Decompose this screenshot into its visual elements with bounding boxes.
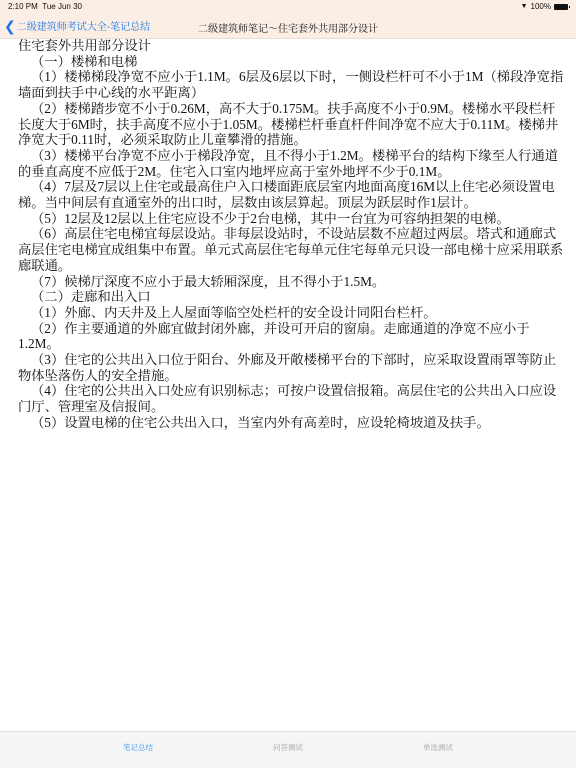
status-right: ▼ 100% xyxy=(521,2,568,11)
navigation-bar: ❮ 二级建筑师考试大全-笔记总结 二级建筑师笔记～住宅套外共用部分设计 xyxy=(0,18,576,36)
note-paragraph: （4）7层及7层以上住宅或最高住户入口楼面距底层室内地面高度16M以上住宅必须设… xyxy=(18,179,568,210)
time-text: 2:10 PM xyxy=(8,2,38,11)
note-paragraph: （1）外廊、内天井及上人屋面等临空处栏杆的安全设计同阳台栏杆。 xyxy=(18,305,568,321)
battery-percent: 100% xyxy=(531,2,551,11)
tab-notes[interactable]: 笔记总结 xyxy=(123,742,153,753)
note-heading: 住宅套外共用部分设计 xyxy=(18,38,568,54)
note-paragraph: （3）楼梯平台净宽不应小于梯段净宽，且不得小于1.2M。楼梯平台的结构下缘至人行… xyxy=(18,148,568,179)
page-title: 二级建筑师笔记～住宅套外共用部分设计 xyxy=(0,20,576,35)
note-paragraph: （1）楼梯梯段净宽不应小于1.1M。6层及6层以下时，一侧设栏杆可不小于1M（梯… xyxy=(18,69,568,100)
battery-icon xyxy=(554,4,568,10)
section-heading: （一）楼梯和电梯 xyxy=(18,54,568,70)
note-paragraph: （3）住宅的公共出入口位于阳台、外廊及开敞楼梯平台的下部时，应采取设置雨罩等防止… xyxy=(18,352,568,383)
tab-bar: 笔记总结 问答测试 单选测试 xyxy=(0,731,576,768)
note-paragraph: （5）12层及12层以上住宅应设不少于2台电梯，其中一台宜为可容纳担架的电梯。 xyxy=(18,211,568,227)
note-paragraph: （4）住宅的公共出入口处应有识别标志；可按户设置信报箱。高层住宅的公共出入口应设… xyxy=(18,383,568,414)
note-paragraph: （5）设置电梯的住宅公共出入口，当室内外有高差时，应设轮椅坡道及扶手。 xyxy=(18,415,568,431)
tab-single-choice-test[interactable]: 单选测试 xyxy=(423,742,453,753)
wifi-icon: ▼ xyxy=(521,3,528,10)
status-bar: 2:10 PM Tue Jun 30 ▼ 100% xyxy=(0,2,576,14)
section-heading: （二）走廊和出入口 xyxy=(18,289,568,305)
note-paragraph: （2）楼梯踏步宽不小于0.26M，高不大于0.175M。扶手高度不小于0.9M。… xyxy=(18,101,568,148)
note-paragraph: （7）候梯厅深度不应小于最大轿厢深度，且不得小于1.5M。 xyxy=(18,274,568,290)
note-paragraph: （2）作主要通道的外廊宜做封闭外廊，并设可开启的窗扇。走廊通道的净宽不应小于1.… xyxy=(18,321,568,352)
date-text: Tue Jun 30 xyxy=(42,2,82,11)
tab-qa-test[interactable]: 问答测试 xyxy=(273,742,303,753)
top-bar: 2:10 PM Tue Jun 30 ▼ 100% ❮ 二级建筑师考试大全-笔记… xyxy=(0,0,576,39)
status-time: 2:10 PM Tue Jun 30 xyxy=(8,2,82,11)
note-paragraph: （6）高层住宅电梯宜每层设站。非每层设站时，不设站层数不应超过两层。塔式和通廊式… xyxy=(18,226,568,273)
note-content: 住宅套外共用部分设计 （一）楼梯和电梯 （1）楼梯梯段净宽不应小于1.1M。6层… xyxy=(18,38,568,431)
